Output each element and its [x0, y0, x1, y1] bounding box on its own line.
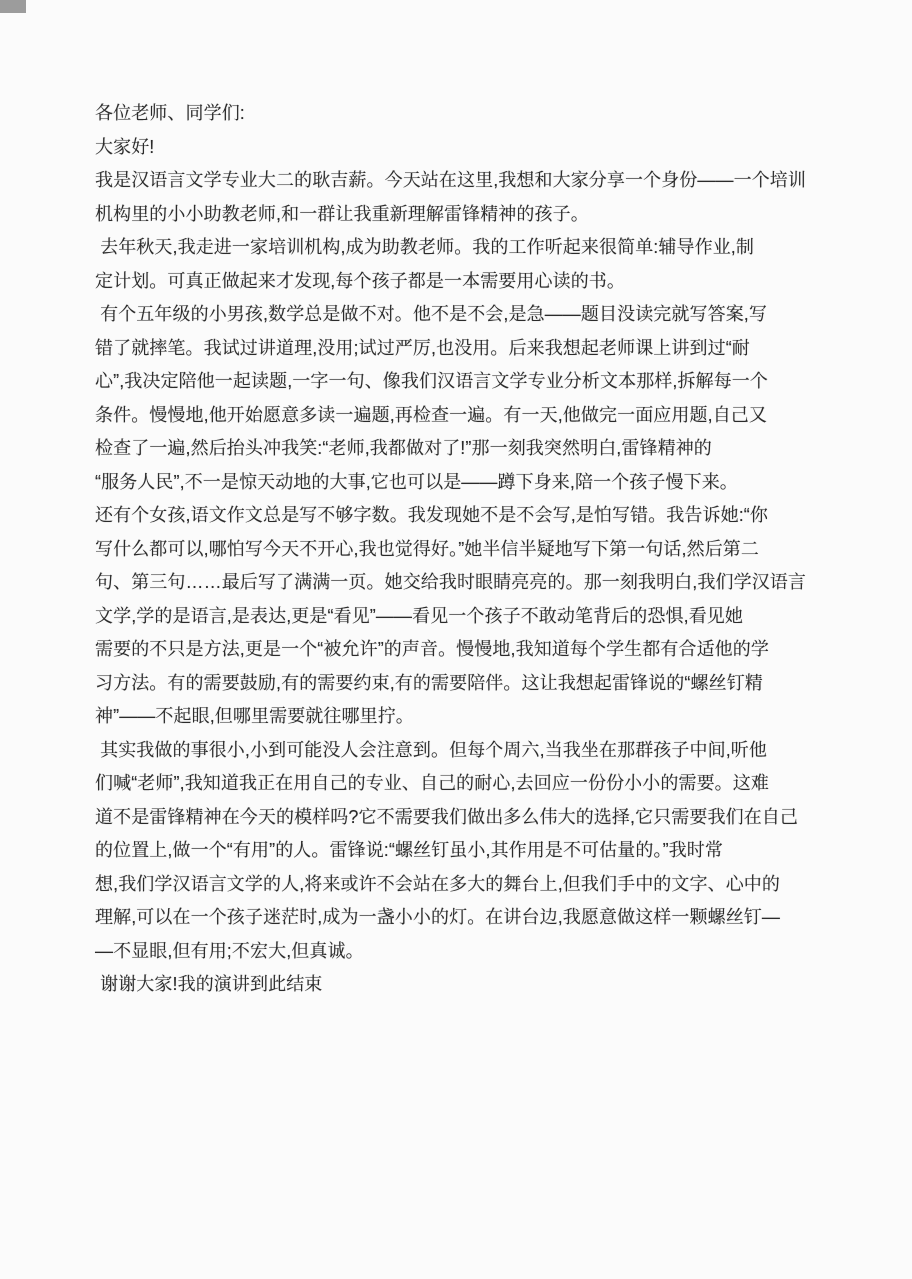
text-line: 定计划。可真正做起来才发现,每个孩子都是一本需要用心读的书。	[95, 265, 835, 299]
text-line: 句、第三句……最后写了满满一页。她交给我时眼睛亮亮的。那一刻我明白,我们学汉语言	[95, 566, 835, 600]
speech-text: 各位老师、同学们:大家好!我是汉语言文学专业大二的耿吉薪。今天站在这里,我想和大…	[95, 97, 835, 1002]
text-line: 检查了一遍,然后抬头冲我笑:“老师,我都做对了!”那一刻我突然明白,雷锋精神的	[95, 432, 835, 466]
text-line: 各位老师、同学们:	[95, 97, 835, 131]
text-line: 理解,可以在一个孩子迷茫时,成为一盏小小的灯。在讲台边,我愿意做这样一颗螺丝钉—	[95, 901, 835, 935]
text-line: 想,我们学汉语言文学的人,将来或许不会站在多大的舞台上,但我们手中的文字、心中的	[95, 868, 835, 902]
scan-artifact	[0, 0, 26, 13]
text-line: 我是汉语言文学专业大二的耿吉薪。今天站在这里,我想和大家分享一个身份——一个培训	[95, 164, 835, 198]
text-line: 需要的不只是方法,更是一个“被允许”的声音。慢慢地,我知道每个学生都有合适他的学	[95, 633, 835, 667]
text-line: 习方法。有的需要鼓励,有的需要约束,有的需要陪伴。这让我想起雷锋说的“螺丝钉精	[95, 667, 835, 701]
text-line: 去年秋天,我走进一家培训机构,成为助教老师。我的工作听起来很简单:辅导作业,制	[95, 231, 835, 265]
page: 各位老师、同学们:大家好!我是汉语言文学专业大二的耿吉薪。今天站在这里,我想和大…	[0, 0, 912, 1279]
text-line: 心”,我决定陪他一起读题,一字一句、像我们汉语言文学专业分析文本那样,拆解每一个	[95, 365, 835, 399]
text-line: 的位置上,做一个“有用”的人。雷锋说:“螺丝钉虽小,其作用是不可估量的。”我时常	[95, 834, 835, 868]
text-line: 道不是雷锋精神在今天的模样吗?它不需要我们做出多么伟大的选择,它只需要我们在自己	[95, 801, 835, 835]
text-line: 谢谢大家!我的演讲到此结束	[95, 968, 835, 1002]
text-line: 神”——不起眼,但哪里需要就往哪里拧。	[95, 700, 835, 734]
text-line: 其实我做的事很小,小到可能没人会注意到。但每个周六,当我坐在那群孩子中间,听他	[95, 734, 835, 768]
text-line: 有个五年级的小男孩,数学总是做不对。他不是不会,是急——题目没读完就写答案,写	[95, 298, 835, 332]
document-page: { "page": { "background_color": "#fbfbfb…	[0, 0, 912, 1279]
text-line: —不显眼,但有用;不宏大,但真诚。	[95, 935, 835, 969]
text-line: 们喊“老师”,我知道我正在用自己的专业、自己的耐心,去回应一份份小小的需要。这难	[95, 767, 835, 801]
text-line: “服务人民”,不一是惊天动地的大事,它也可以是——蹲下身来,陪一个孩子慢下来。	[95, 466, 835, 500]
text-line: 错了就摔笔。我试过讲道理,没用;试过严厉,也没用。后来我想起老师课上讲到过“耐	[95, 332, 835, 366]
text-line: 大家好!	[95, 131, 835, 165]
text-line: 文学,学的是语言,是表达,更是“看见”——看见一个孩子不敢动笔背后的恐惧,看见她	[95, 600, 835, 634]
text-line: 条件。慢慢地,他开始愿意多读一遍题,再检查一遍。有一天,他做完一面应用题,自己又	[95, 399, 835, 433]
text-line: 写什么都可以,哪怕写今天不开心,我也觉得好。”她半信半疑地写下第一句话,然后第二	[95, 533, 835, 567]
text-line: 机构里的小小助教老师,和一群让我重新理解雷锋精神的孩子。	[95, 198, 835, 232]
text-line: 还有个女孩,语文作文总是写不够字数。我发现她不是不会写,是怕写错。我告诉她:“你	[95, 499, 835, 533]
